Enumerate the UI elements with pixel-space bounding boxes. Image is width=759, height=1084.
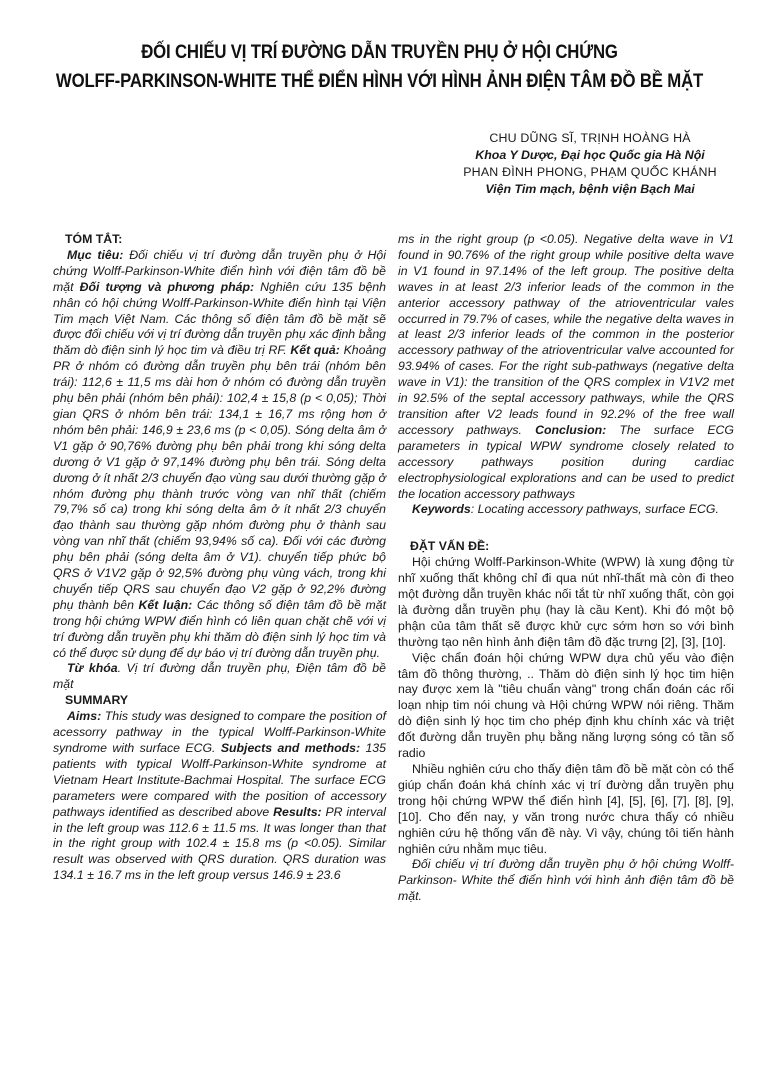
results-text-vi: Khoảng PR ở nhóm có đường dẫn truyền phụ… (53, 343, 386, 612)
keywords-text-en: : Locating accessory pathways, surface E… (471, 502, 719, 516)
results-label-en: Results: (273, 805, 322, 819)
abstract-en-continued: ms in the right group (p <0.05). Negativ… (398, 232, 734, 502)
summary-heading: SUMMARY (53, 693, 386, 709)
title-line-1: ĐỐI CHIẾU VỊ TRÍ ĐƯỜNG DẪN TRUYỀN PHỤ Ở … (53, 38, 706, 67)
aims-label-en: Aims: (67, 709, 101, 723)
author-affiliation-1: Khoa Y Dược, Đại học Quốc gia Hà Nội (425, 147, 755, 164)
conclusion-label-vi: Kết luận: (139, 598, 193, 612)
abstract-vi-heading: TÓM TẮT: (53, 232, 386, 248)
abstract-en-body: Aims: This study was designed to compare… (53, 709, 386, 884)
keywords-label-vi: Từ khóa (67, 661, 118, 675)
conclusion-label-en: Conclusion: (535, 423, 606, 437)
keywords-label-en: Keywords (412, 502, 471, 516)
author-block: CHU DŨNG SĨ, TRỊNH HOÀNG HÀ Khoa Y Dược,… (425, 130, 755, 198)
author-names-1: CHU DŨNG SĨ, TRỊNH HOÀNG HÀ (425, 130, 755, 147)
results-label-vi: Kết quả: (290, 343, 339, 357)
aims-label-vi: Mục tiêu: (67, 248, 123, 262)
intro-paragraph-3: Nhiều nghiên cứu cho thấy điện tâm đồ bề… (398, 762, 734, 857)
methods-label-vi: Đối tượng và phương pháp: (80, 280, 254, 294)
intro-objective: Đối chiếu vị trí đường dẫn truyền phụ ở … (398, 857, 734, 905)
right-column: ms in the right group (p <0.05). Negativ… (398, 232, 734, 905)
author-names-2: PHAN ĐÌNH PHONG, PHẠM QUỐC KHÁNH (425, 164, 755, 181)
left-column: TÓM TẮT: Mục tiêu: Đối chiếu vị trí đườn… (53, 232, 386, 884)
author-affiliation-2: Viện Tim mạch, bệnh viện Bạch Mai (425, 181, 755, 198)
introduction-heading: ĐẶT VẤN ĐỀ: (398, 539, 734, 555)
keywords-vi: Từ khóa. Vị trí đường dẫn truyền phụ, Đi… (53, 661, 386, 693)
paper-title: ĐỐI CHIẾU VỊ TRÍ ĐƯỜNG DẪN TRUYỀN PHỤ Ở … (53, 38, 706, 96)
keywords-en: Keywords: Locating accessory pathways, s… (398, 502, 734, 518)
intro-paragraph-1: Hội chứng Wolff-Parkinson-White (WPW) là… (398, 555, 734, 650)
results-text-en-continued: ms in the right group (p <0.05). Negativ… (398, 232, 734, 437)
abstract-vi-body: Mục tiêu: Đối chiếu vị trí đường dẫn tru… (53, 248, 386, 662)
methods-label-en: Subjects and methods: (221, 741, 360, 755)
intro-paragraph-2: Việc chẩn đoán hội chứng WPW dựa chủ yếu… (398, 651, 734, 762)
title-line-2: WOLFF-PARKINSON-WHITE THỂ ĐIỂN HÌNH VỚI … (53, 67, 706, 96)
